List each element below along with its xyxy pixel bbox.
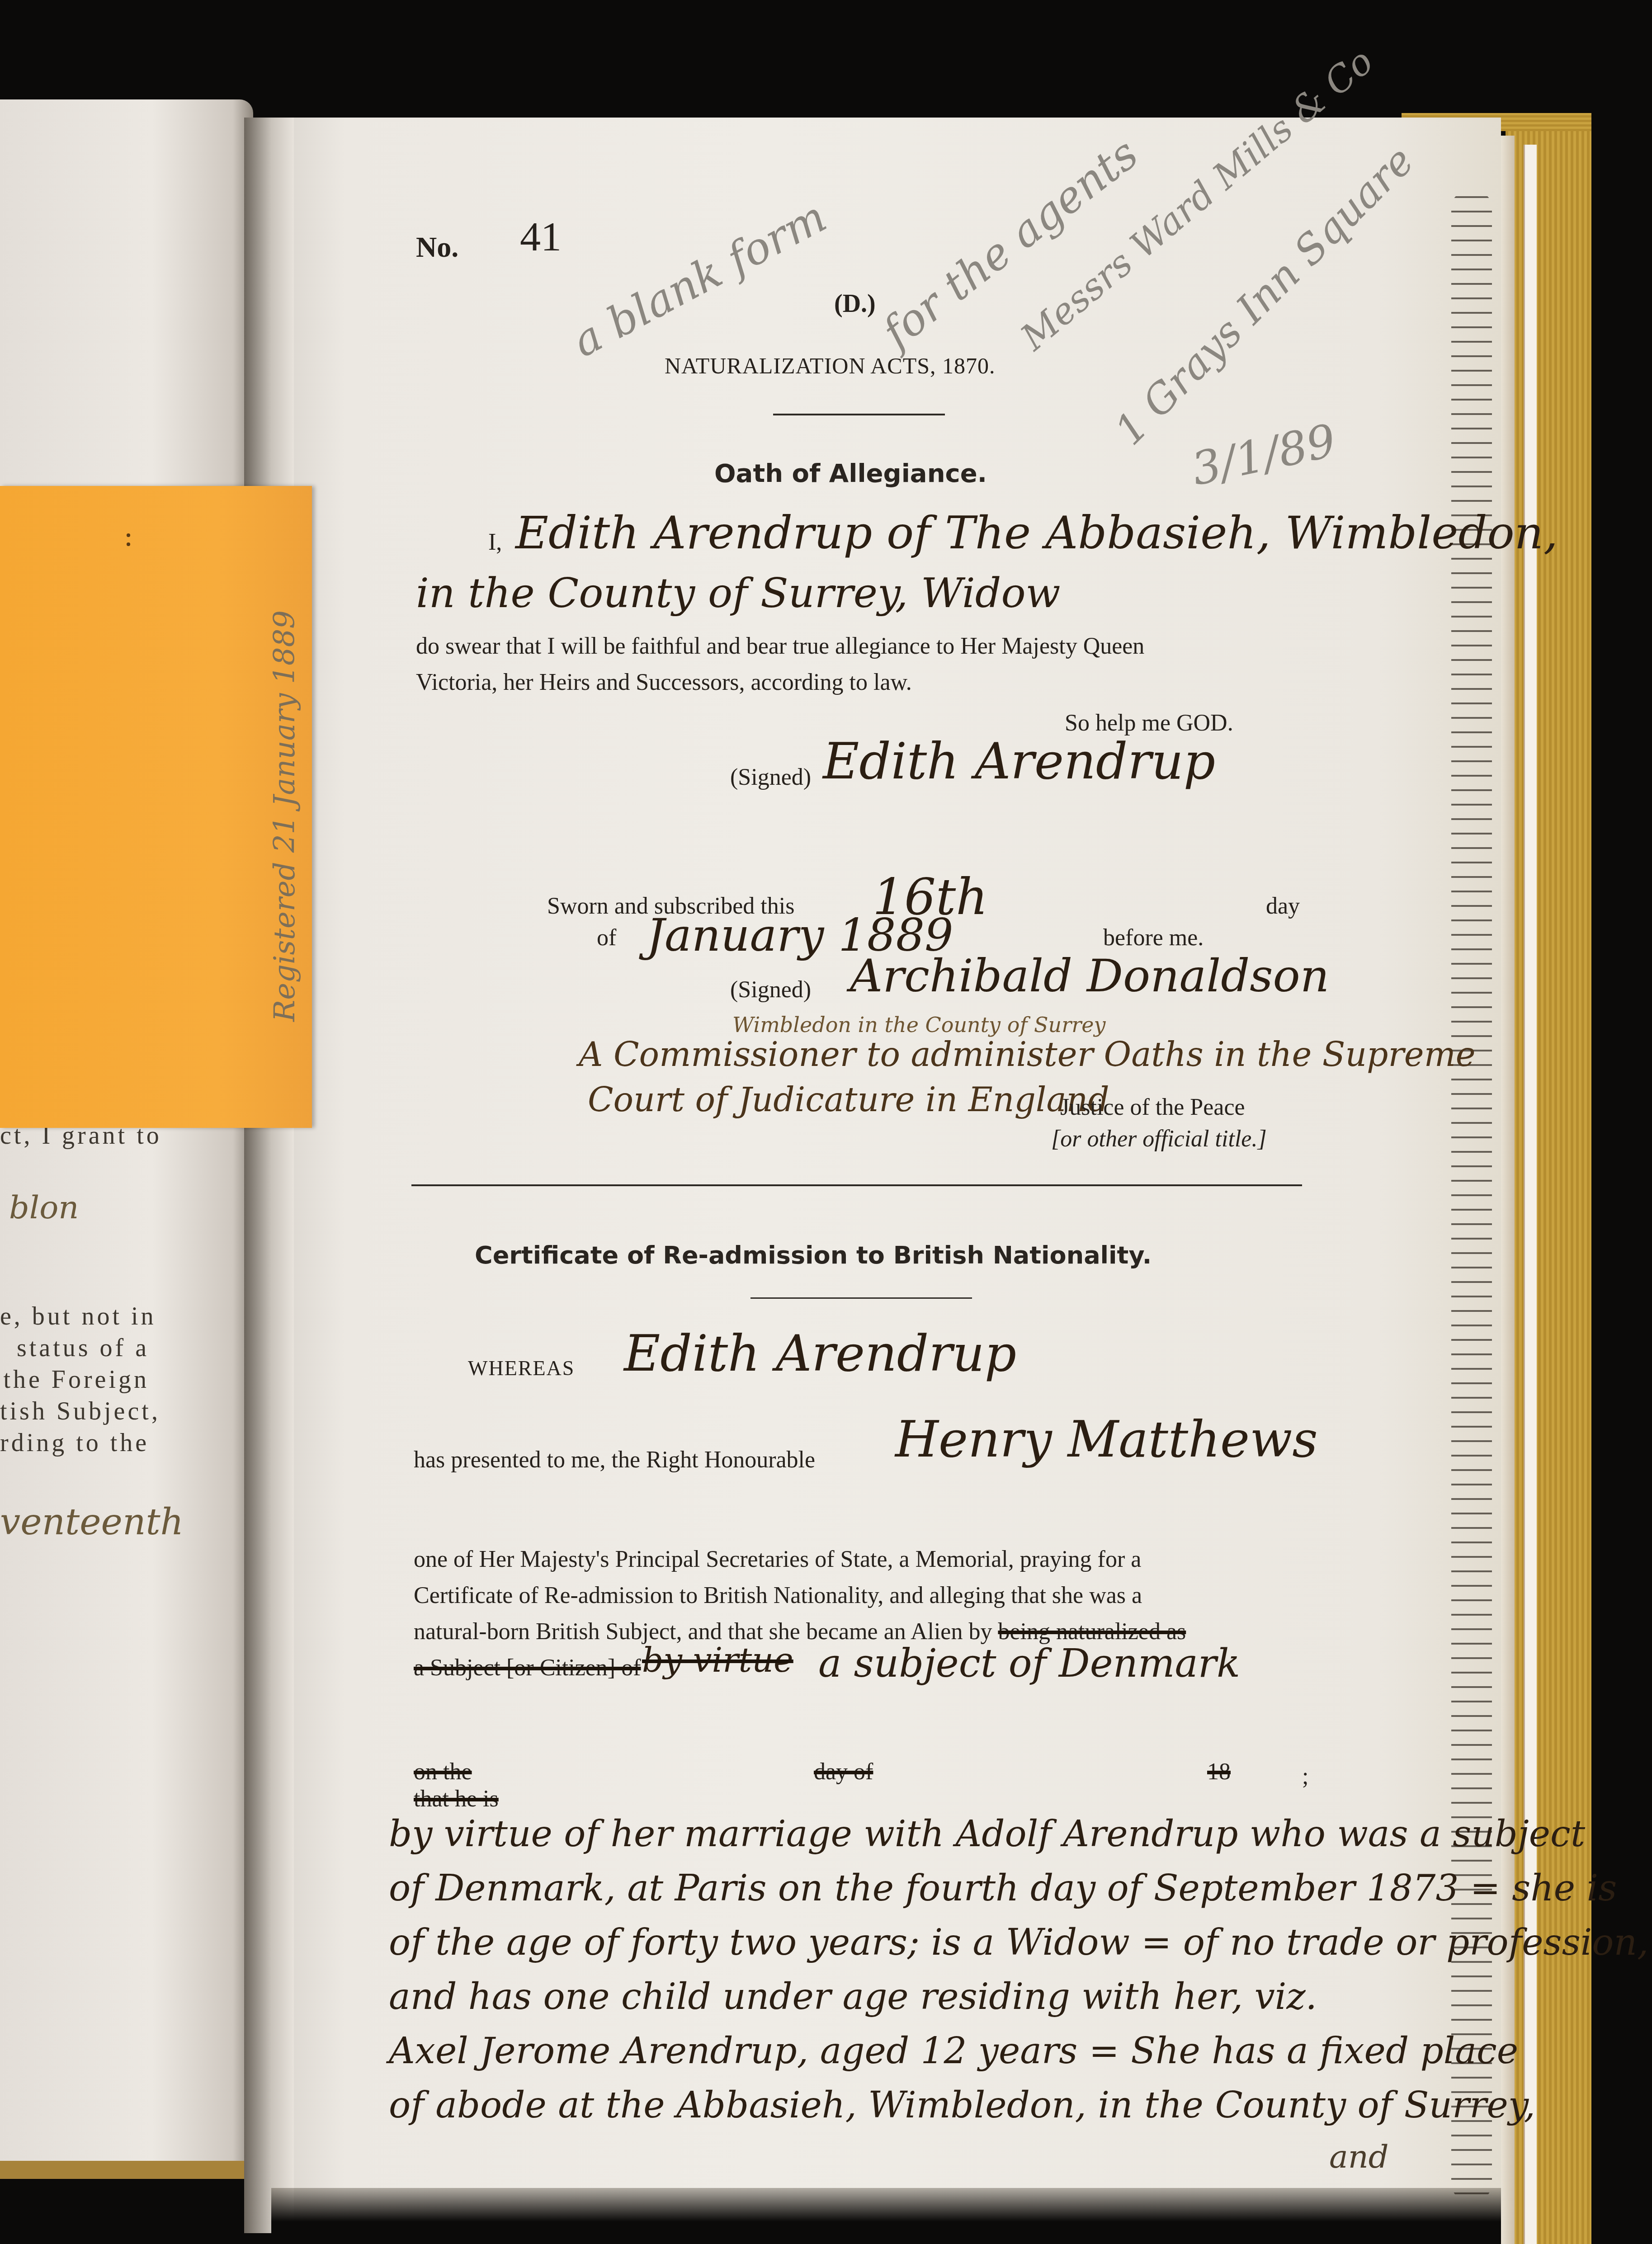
book-gutter [244,118,294,2233]
hand-body-line[interactable]: of Denmark, at Paris on the fourth day o… [389,1867,1617,1909]
slip-mark [127,542,130,546]
commissioner-signature[interactable]: Archibald Donaldson [850,949,1329,1002]
section-divider [411,1184,1302,1186]
memorial-line: a Subject [or Citizen] of [414,1655,641,1681]
certificate-heading: Certificate of Re-admission to British N… [475,1241,1152,1269]
hand-body-line[interactable]: and has one child under age residing wit… [389,1975,1317,2018]
number-label: No. [416,231,458,264]
commissioner-title: A Commissioner to administer Oaths in th… [579,1035,1476,1074]
catchword: and [1329,2138,1389,2175]
left-page-line: e, but not in [0,1302,149,1331]
before-me: before me. [1103,924,1204,951]
hand-body-line[interactable]: by virtue of her marriage with Adolf Are… [389,1813,1585,1855]
memorial-line: one of Her Majesty's Principal Secretari… [414,1546,1141,1573]
page-bottom-shadow [271,2188,1501,2244]
oath-i-prefix: I, [488,529,502,556]
divider [750,1297,972,1299]
form-letter: (D.) [834,289,876,318]
struck-that-he-is: that he is [414,1786,499,1812]
left-page-cover-edge [0,2161,253,2179]
applicant-signature[interactable]: Edith Arendrup [823,732,1215,790]
struck-on-the: on the [414,1758,472,1785]
left-page-line: status of a [0,1334,149,1362]
hand-body-line[interactable]: of the age of forty two years; is a Wido… [389,1921,1648,1963]
memorial-line: Certificate of Re-admission to British N… [414,1582,1142,1609]
act-title: NATURALIZATION ACTS, 1870. [665,353,996,379]
slip-mark [127,533,130,537]
whereas-label: WHEREAS [468,1356,575,1380]
struck-text: a Subject [or Citizen] of [414,1655,641,1681]
struck-hand-text: by virtue [642,1641,793,1680]
struck-day-of: day of [814,1758,873,1785]
oath-text-line: do swear that I will be faithful and bea… [416,633,1144,660]
signed-label-2: (Signed) [730,976,811,1003]
oath-text-line: Victoria, her Heirs and Successors, acco… [416,669,912,696]
hand-body-line[interactable]: of abode at the Abbasieh, Wimbledon, in … [389,2084,1535,2126]
divider [773,414,945,415]
presented-label: has presented to me, the Right Honourabl… [414,1447,815,1473]
left-page-line: tish Subject, [0,1397,149,1426]
commissioner-location: Wimbledon in the County of Surrey [732,1013,1105,1037]
of-label: of [597,924,616,951]
official-title-label: [or other official title.] [1051,1126,1267,1152]
form-number: 41 [520,212,562,260]
oath-county-status[interactable]: in the County of Surrey, Widow [416,570,1061,617]
day-label: day [1266,893,1300,919]
hand-body-line[interactable]: Axel Jerome Arendrup, aged 12 years = Sh… [389,2030,1518,2072]
jp-label: Justice of the Peace [1060,1094,1245,1121]
signed-label: (Signed) [730,764,811,791]
former-nationality[interactable]: a subject of Denmark [818,1641,1240,1686]
oath-name-address[interactable]: Edith Arendrup of The Abbasieh, Wimbledo… [515,506,1558,559]
left-page-line: the Foreign [0,1365,149,1394]
oath-heading: Oath of Allegiance. [714,459,987,488]
left-page-hand-fragment: venteenth [0,1501,184,1543]
struck-18: 18 [1207,1758,1231,1785]
registered-note: Registered 21 January 1889 [253,511,316,1121]
left-page-hand-fragment: blon [9,1189,79,1226]
commissioner-title: Court of Judicature in England [588,1080,1109,1119]
semicolon: ; [1302,1763,1308,1790]
applicant-name[interactable]: Edith Arendrup [624,1325,1016,1382]
secretary-name[interactable]: Henry Matthews [895,1410,1318,1468]
left-page-line: rding to the [0,1428,149,1457]
